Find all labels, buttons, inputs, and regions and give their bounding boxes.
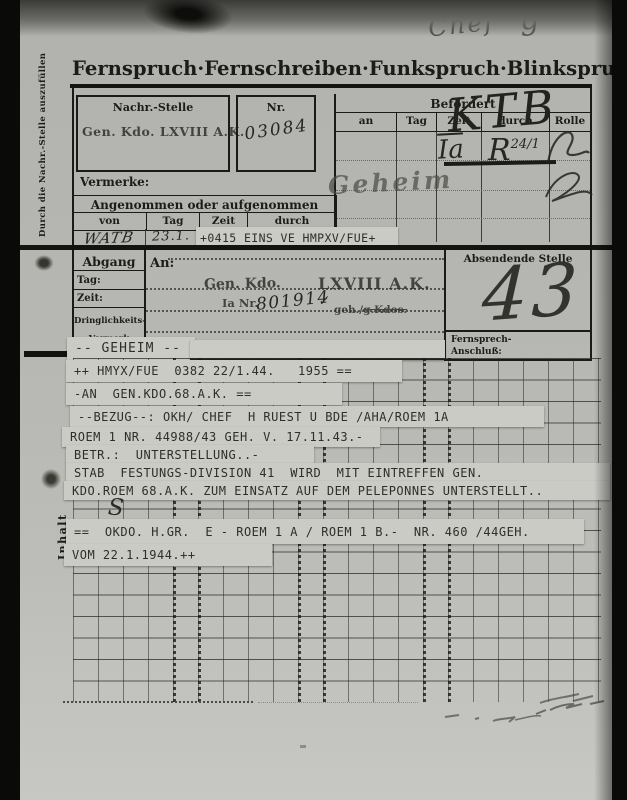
abgang-tag: Tag: bbox=[74, 271, 144, 290]
abgang-box: Abgang Tag: Zeit: Dringlichkeits- Vermer… bbox=[72, 250, 146, 342]
abgang-dringlichkeit-line1: Dringlichkeits- bbox=[74, 316, 146, 326]
an-stamp-geh: geh./g.Kdos. bbox=[334, 300, 407, 318]
scan-left-edge bbox=[0, 0, 20, 800]
vermerke-label: Vermerke: bbox=[80, 175, 149, 189]
scan-top-edge bbox=[0, 0, 627, 36]
an-stamp-corps: LXVIII A.K. bbox=[318, 274, 431, 293]
message-line: ++ HMYX/FUE 0382 22/1.44. 1955 == bbox=[66, 360, 402, 382]
abgang-title: Abgang bbox=[74, 250, 144, 271]
fernsprech-line2: Anschluß: bbox=[451, 347, 502, 357]
geh-part: geh./ bbox=[334, 304, 363, 316]
hole-punch-mark bbox=[32, 253, 56, 273]
signature-scribble bbox=[542, 125, 594, 203]
nachr-stelle-label: Nachr.-Stelle bbox=[78, 97, 228, 114]
grid-bottom-dots bbox=[63, 701, 253, 703]
col-tag: Tag bbox=[396, 113, 436, 131]
table-rule bbox=[481, 132, 482, 242]
angenommen-table: Angenommen oder aufgenommen von Tag Zeit… bbox=[72, 195, 337, 231]
an-dotted-rule bbox=[168, 258, 444, 260]
gkdos-part: g.Kdos. bbox=[363, 304, 407, 316]
left-edge-bar bbox=[24, 351, 72, 357]
pencil-dot bbox=[300, 745, 306, 748]
abgang-zeit: Zeit: bbox=[74, 290, 144, 308]
absender-number: 43 bbox=[481, 246, 583, 337]
an-stamp-unit: Gen. Kdo. bbox=[204, 275, 281, 292]
message-line: VOM 22.1.1944.++ bbox=[64, 544, 272, 566]
nr-value: 03084 bbox=[237, 109, 316, 145]
paper-edge-shadow bbox=[594, 0, 612, 800]
entry-tag: 23.1. bbox=[152, 228, 191, 244]
table-rule bbox=[145, 229, 146, 245]
message-line: STAB FESTUNGS-DIVISION 41 WIRD MIT EINTR… bbox=[66, 463, 610, 482]
message-line: ROEM 1 NR. 44988/43 GEH. V. 17.11.43.- bbox=[62, 427, 380, 447]
fernsprech-line1: Fernsprech- bbox=[451, 335, 512, 345]
form-title: Fernspruch·Fernschreiben·Funkspruch·Blin… bbox=[72, 56, 580, 80]
handwritten-r-fraction: 24/1 bbox=[511, 137, 540, 152]
blank-strip bbox=[190, 340, 445, 360]
message-line: --BEZUG--: OKH/ CHEF H RUEST U BDE /AHA/… bbox=[70, 406, 544, 427]
message-line: KDO.ROEM 68.A.K. ZUM EINSATZ AUF DEM PEL… bbox=[64, 481, 610, 500]
unit-stamp: Gen. Kdo. LXVIII A.K. bbox=[78, 114, 228, 139]
handwritten-s-mark: S bbox=[107, 494, 125, 521]
hole-punch-mark bbox=[38, 466, 64, 492]
angenommen-title: Angenommen oder aufgenommen bbox=[73, 196, 336, 213]
fernsprech-box: Fernsprech- Anschluß: bbox=[444, 330, 592, 361]
an-dotted-rule bbox=[146, 331, 444, 333]
handwritten-r: R bbox=[488, 133, 511, 168]
message-line: -AN GEN.KDO.68.A.K. == bbox=[66, 383, 342, 405]
table-rule bbox=[336, 218, 590, 219]
margin-note: Durch die Nachr.-Stelle auszufüllen bbox=[38, 53, 48, 237]
classification-strip: -- GEHEIM -- bbox=[67, 337, 195, 360]
nachr-stelle-box: Nachr.-Stelle Gen. Kdo. LXVIII A.K. bbox=[76, 95, 230, 172]
scanned-message-form: Chef g Fernspruch·Fernschreiben·Funkspru… bbox=[0, 0, 627, 800]
scan-right-edge bbox=[612, 0, 627, 800]
handwritten-r24: R24/1 bbox=[488, 133, 540, 168]
an-check-mark: ✓ bbox=[317, 293, 329, 309]
an-stamp-ia-nr: Ia Nr. bbox=[222, 296, 258, 310]
nr-box: Nr. 03084 bbox=[236, 95, 316, 172]
handwritten-ia: Ia bbox=[437, 134, 464, 165]
grid-bottom-dots bbox=[258, 702, 418, 703]
col-tag: Tag bbox=[146, 213, 199, 230]
message-line: BETR.: UNTERSTELLUNG..- bbox=[66, 445, 314, 464]
message-line: == OKDO. H.GR. E - ROEM 1 A / ROEM 1 B.-… bbox=[66, 519, 584, 544]
col-an: an bbox=[336, 113, 396, 131]
